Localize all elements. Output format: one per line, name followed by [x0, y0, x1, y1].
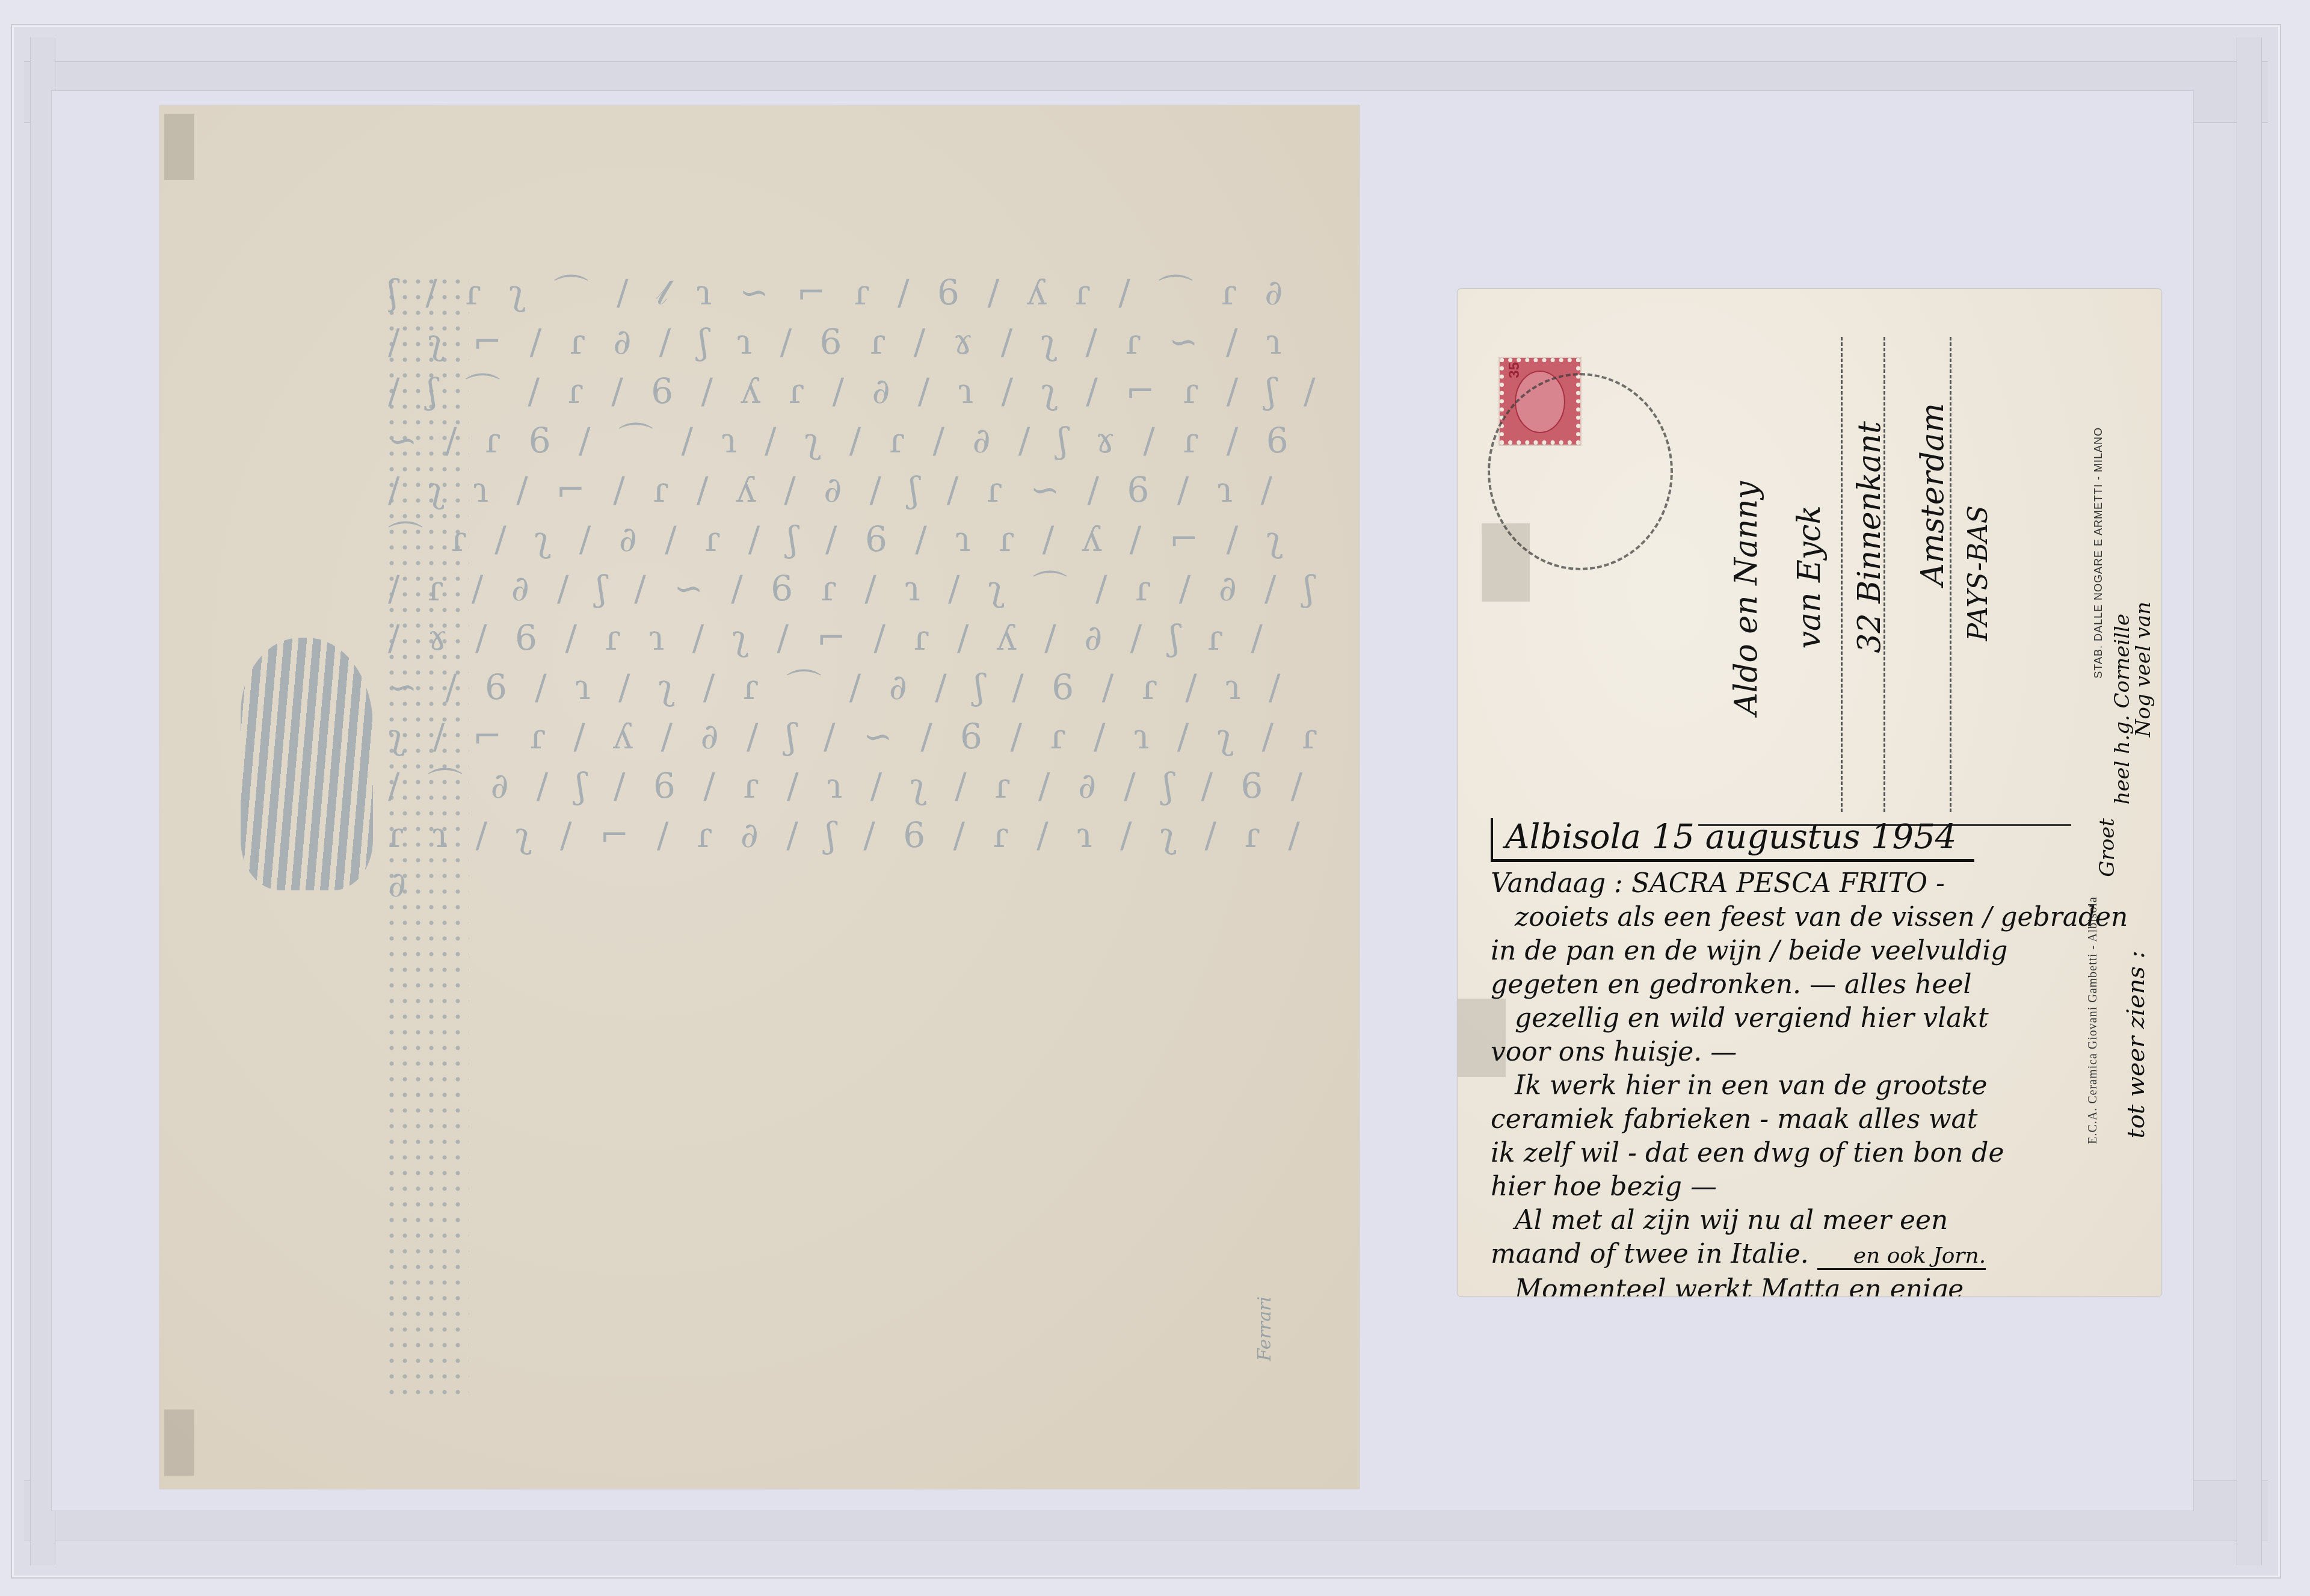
artist-signature: Ferrari	[1254, 1296, 1275, 1361]
message-line: Al met al zijn wij nu al meer een	[1491, 1204, 2122, 1237]
message-line: gezellig en wild vergiend hier vlakt	[1491, 1002, 2122, 1035]
address-line-country: PAYS-BAS	[1963, 505, 1994, 641]
message-date-heading: Albisola 15 augustus 1954	[1491, 818, 1974, 862]
lithograph-sheet: ʃ ∕ ɾ ʅ ⌒ ∕ 𝓁 ɿ ∽ ⌐ ɾ ∕ 6 ∕ ʎ ɾ ∕ ⌒ ɾ ∂ …	[159, 105, 1360, 1489]
message-line: ik zelf wil - dat een dwg of tien bon de	[1491, 1136, 2122, 1170]
message-line: in de pan en de wijn / beide veelvuldig	[1491, 934, 2122, 968]
side-note-greeting: Groet	[2095, 818, 2119, 877]
tape-hinge-bottom	[164, 1410, 194, 1476]
address-guide-line	[1841, 337, 1843, 812]
message-line: zooiets als een feest van de vissen / ge…	[1491, 901, 2122, 934]
printer-imprint: STAB. DALLE NOGARE E ARMETTI - MILANO	[2092, 427, 2105, 679]
frame-edge-right	[2237, 37, 2262, 1565]
postmark-cancellation	[1488, 373, 1673, 570]
tape-hinge-top	[164, 114, 194, 180]
side-note-line: Nog veel van	[2131, 602, 2155, 737]
message-line: Momenteel werkt Matta en enige	[1491, 1273, 2122, 1296]
handwritten-message: Albisola 15 augustus 1954 Vandaag : SACR…	[1491, 818, 2122, 1296]
address-line-surname: van Eyck	[1791, 505, 1828, 649]
address-line-city: Amsterdam	[1915, 403, 1951, 586]
message-line: Vandaag : SACRA PESCA FRITO -	[1491, 867, 2122, 901]
message-line: Ik werk hier in een van de grootste	[1491, 1069, 2122, 1103]
lithograph-figure-mark	[241, 638, 373, 890]
address-line-name: Aldo en Nanny	[1728, 481, 1764, 715]
message-line: maand of twee in Italie. en ook Jorn.	[1491, 1237, 2122, 1273]
side-note-farewell: tot weer ziens :	[2122, 951, 2150, 1138]
stamp-value: 35	[1506, 362, 1523, 378]
address-line-street: 32 Binnenkant	[1852, 421, 1888, 653]
message-insertion: en ook Jorn.	[1817, 1243, 1986, 1270]
message-line: voor ons huisje. —	[1491, 1035, 2122, 1069]
postcard: 35 Aldo en Nanny van Eyck 32 Binnenkant …	[1458, 289, 2161, 1296]
lithograph-scribbles: ʃ ∕ ɾ ʅ ⌒ ∕ 𝓁 ɿ ∽ ⌐ ɾ ∕ 6 ∕ ʎ ɾ ∕ ⌒ ɾ ∂ …	[388, 268, 1326, 1399]
message-line: ceramiek fabrieken - maak alles wat	[1491, 1103, 2122, 1136]
message-line: gegeten en gedronken. — alles heel	[1491, 968, 2122, 1002]
message-line-text: maand of twee in Italie.	[1491, 1239, 1809, 1269]
side-note-signature: heel h.g. Corneille	[2110, 614, 2134, 804]
message-line: hier hoe bezig —	[1491, 1170, 2122, 1204]
